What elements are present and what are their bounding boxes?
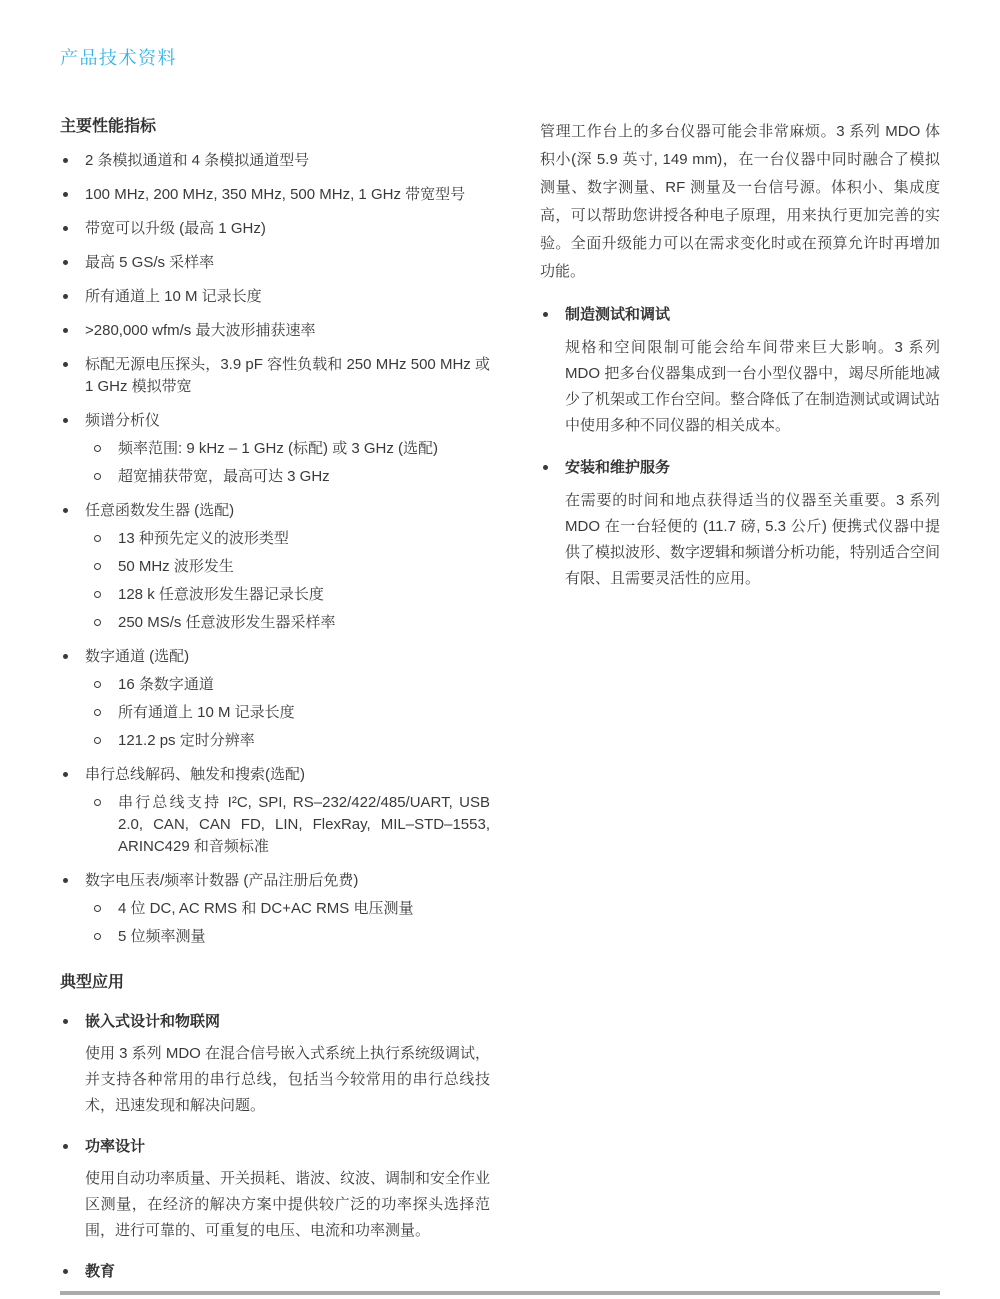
application-body: 使用自动功率质量、开关损耗、谐波、纹波、调制和安全作业区测量，在经济的解决方案中… <box>85 1166 490 1244</box>
list-item: 2 条模拟通道和 4 条模拟通道型号 <box>60 150 490 172</box>
list-item: 数字电压表/频率计数器 (产品注册后免费) 4 位 DC, AC RMS 和 D… <box>60 870 490 948</box>
sub-list: 频率范围: 9 kHz – 1 GHz (标配) 或 3 GHz (选配) 超宽… <box>85 438 490 488</box>
sub-list: 4 位 DC, AC RMS 和 DC+AC RMS 电压测量 5 位频率测量 <box>85 898 490 948</box>
left-column: 主要性能指标 2 条模拟通道和 4 条模拟通道型号 100 MHz, 200 M… <box>60 116 490 1283</box>
spec-text: 最高 5 GS/s 采样率 <box>85 254 214 271</box>
footer-rule <box>60 1291 940 1295</box>
sub-list: 13 种预先定义的波形类型 50 MHz 波形发生 128 k 任意波形发生器记… <box>85 528 490 634</box>
circle-bullet-icon <box>94 799 101 806</box>
spec-text: 2 条模拟通道和 4 条模拟通道型号 <box>85 152 309 169</box>
two-column-layout: 主要性能指标 2 条模拟通道和 4 条模拟通道型号 100 MHz, 200 M… <box>60 116 940 1283</box>
list-item: 100 MHz, 200 MHz, 350 MHz, 500 MHz, 1 GH… <box>60 184 490 206</box>
bullet-icon <box>63 260 68 265</box>
sub-spec-text: 128 k 任意波形发生器记录长度 <box>118 586 324 603</box>
spec-text: 频谱分析仪 <box>85 412 160 429</box>
list-item: 最高 5 GS/s 采样率 <box>60 252 490 274</box>
sub-spec-text: 5 位频率测量 <box>118 928 206 945</box>
sub-spec-text: 所有通道上 10 M 记录长度 <box>118 704 295 721</box>
circle-bullet-icon <box>94 619 101 626</box>
key-specs-list: 2 条模拟通道和 4 条模拟通道型号 100 MHz, 200 MHz, 350… <box>60 150 490 948</box>
sub-spec-text: 4 位 DC, AC RMS 和 DC+AC RMS 电压测量 <box>118 900 413 917</box>
sub-list-item: 超宽捕获带宽，最高可达 3 GHz <box>85 466 490 488</box>
bullet-icon <box>63 294 68 299</box>
spec-text: 带宽可以升级 (最高 1 GHz) <box>85 220 266 237</box>
application-body: 使用 3 系列 MDO 在混合信号嵌入式系统上执行系统级调试，并支持各种常用的串… <box>85 1041 490 1119</box>
circle-bullet-icon <box>94 709 101 716</box>
sub-list-item: 5 位频率测量 <box>85 926 490 948</box>
application-title: 嵌入式设计和物联网 <box>85 1011 490 1033</box>
application-item: 嵌入式设计和物联网 使用 3 系列 MDO 在混合信号嵌入式系统上执行系统级调试… <box>60 1011 490 1119</box>
applications-list: 嵌入式设计和物联网 使用 3 系列 MDO 在混合信号嵌入式系统上执行系统级调试… <box>60 1011 490 1283</box>
application-item: 功率设计 使用自动功率质量、开关损耗、谐波、纹波、调制和安全作业区测量，在经济的… <box>60 1136 490 1244</box>
list-item: 任意函数发生器 (选配) 13 种预先定义的波形类型 50 MHz 波形发生 <box>60 500 490 634</box>
sub-spec-text: 频率范围: 9 kHz – 1 GHz (标配) 或 3 GHz (选配) <box>118 440 438 457</box>
spec-text: 100 MHz, 200 MHz, 350 MHz, 500 MHz, 1 GH… <box>85 186 465 203</box>
spec-text: 标配无源电压探头，3.9 pF 容性负载和 250 MHz 500 MHz 或1… <box>85 356 490 395</box>
circle-bullet-icon <box>94 933 101 940</box>
circle-bullet-icon <box>94 535 101 542</box>
sub-spec-text: 13 种预先定义的波形类型 <box>118 530 289 547</box>
sub-spec-text: 250 MS/s 任意波形发生器采样率 <box>118 614 336 631</box>
circle-bullet-icon <box>94 905 101 912</box>
topic-item: 制造测试和调试 规格和空间限制可能会给车间带来巨大影响。3 系列 MDO 把多台… <box>540 304 940 439</box>
circle-bullet-icon <box>94 473 101 480</box>
circle-bullet-icon <box>94 591 101 598</box>
topic-body: 规格和空间限制可能会给车间带来巨大影响。3 系列 MDO 把多台仪器集成到一台小… <box>565 335 940 439</box>
bullet-icon <box>63 772 68 777</box>
sub-list: 串行总线支持 I²C, SPI, RS–232/422/485/UART, US… <box>85 792 490 858</box>
sub-spec-text: 超宽捕获带宽，最高可达 3 GHz <box>118 468 330 485</box>
circle-bullet-icon <box>94 445 101 452</box>
sub-spec-text: 16 条数字通道 <box>118 676 214 693</box>
sub-spec-text: 121.2 ps 定时分辨率 <box>118 732 255 749</box>
section-title-applications: 典型应用 <box>60 972 490 994</box>
topic-item: 安装和维护服务 在需要的时间和地点获得适当的仪器至关重要。3 系列 MDO 在一… <box>540 457 940 592</box>
list-item: 数字通道 (选配) 16 条数字通道 所有通道上 10 M 记录长度 12 <box>60 646 490 752</box>
list-item: 串行总线解码、触发和搜索(选配) 串行总线支持 I²C, SPI, RS–232… <box>60 764 490 858</box>
bullet-icon <box>63 1019 68 1024</box>
sub-list-item: 16 条数字通道 <box>85 674 490 696</box>
sub-list-item: 所有通道上 10 M 记录长度 <box>85 702 490 724</box>
bullet-icon <box>63 192 68 197</box>
bullet-icon <box>63 878 68 883</box>
sub-list-item: 13 种预先定义的波形类型 <box>85 528 490 550</box>
sub-list-item: 128 k 任意波形发生器记录长度 <box>85 584 490 606</box>
spec-text: 任意函数发生器 (选配) <box>85 502 234 519</box>
section-title-key-specs: 主要性能指标 <box>60 116 490 138</box>
page-kicker: 产品技术资料 <box>60 44 177 70</box>
right-topics-list: 制造测试和调试 规格和空间限制可能会给车间带来巨大影响。3 系列 MDO 把多台… <box>540 304 940 592</box>
bullet-icon <box>63 418 68 423</box>
spec-text: 数字电压表/频率计数器 (产品注册后免费) <box>85 872 358 889</box>
application-title: 教育 <box>85 1261 490 1283</box>
spec-text: >280,000 wfm/s 最大波形捕获速率 <box>85 322 315 339</box>
spec-text: 串行总线解码、触发和搜索(选配) <box>85 766 305 783</box>
topic-body: 在需要的时间和地点获得适当的仪器至关重要。3 系列 MDO 在一台轻便的 (11… <box>565 488 940 592</box>
list-item: 频谱分析仪 频率范围: 9 kHz – 1 GHz (标配) 或 3 GHz (… <box>60 410 490 488</box>
intro-paragraph: 管理工作台上的多台仪器可能会非常麻烦。3 系列 MDO 体积小(深 5.9 英寸… <box>540 118 940 286</box>
topic-title: 安装和维护服务 <box>565 457 940 479</box>
bullet-icon <box>63 654 68 659</box>
sub-list: 16 条数字通道 所有通道上 10 M 记录长度 121.2 ps 定时分辨率 <box>85 674 490 752</box>
bullet-icon <box>63 328 68 333</box>
list-item: 所有通道上 10 M 记录长度 <box>60 286 490 308</box>
bullet-icon <box>63 508 68 513</box>
circle-bullet-icon <box>94 563 101 570</box>
bullet-icon <box>63 226 68 231</box>
sub-spec-text: 串行总线支持 I²C, SPI, RS–232/422/485/UART, US… <box>118 794 490 855</box>
circle-bullet-icon <box>94 681 101 688</box>
list-item: >280,000 wfm/s 最大波形捕获速率 <box>60 320 490 342</box>
sub-list-item: 频率范围: 9 kHz – 1 GHz (标配) 或 3 GHz (选配) <box>85 438 490 460</box>
list-item: 标配无源电压探头，3.9 pF 容性负载和 250 MHz 500 MHz 或1… <box>60 354 490 398</box>
application-item: 教育 <box>60 1261 490 1283</box>
bullet-icon <box>63 1269 68 1274</box>
bullet-icon <box>63 1144 68 1149</box>
circle-bullet-icon <box>94 737 101 744</box>
application-title: 功率设计 <box>85 1136 490 1158</box>
datasheet-page: 产品技术资料 主要性能指标 2 条模拟通道和 4 条模拟通道型号 100 MHz… <box>0 0 1000 1299</box>
sub-list-item: 250 MS/s 任意波形发生器采样率 <box>85 612 490 634</box>
list-item: 带宽可以升级 (最高 1 GHz) <box>60 218 490 240</box>
bullet-icon <box>543 465 548 470</box>
sub-list-item: 50 MHz 波形发生 <box>85 556 490 578</box>
right-column: 管理工作台上的多台仪器可能会非常麻烦。3 系列 MDO 体积小(深 5.9 英寸… <box>540 116 940 592</box>
sub-list-item: 4 位 DC, AC RMS 和 DC+AC RMS 电压测量 <box>85 898 490 920</box>
sub-list-item: 121.2 ps 定时分辨率 <box>85 730 490 752</box>
spec-text: 数字通道 (选配) <box>85 648 189 665</box>
spec-text: 所有通道上 10 M 记录长度 <box>85 288 262 305</box>
topic-title: 制造测试和调试 <box>565 304 940 326</box>
bullet-icon <box>63 362 68 367</box>
bullet-icon <box>543 312 548 317</box>
sub-list-item: 串行总线支持 I²C, SPI, RS–232/422/485/UART, US… <box>85 792 490 858</box>
bullet-icon <box>63 158 68 163</box>
sub-spec-text: 50 MHz 波形发生 <box>118 558 234 575</box>
